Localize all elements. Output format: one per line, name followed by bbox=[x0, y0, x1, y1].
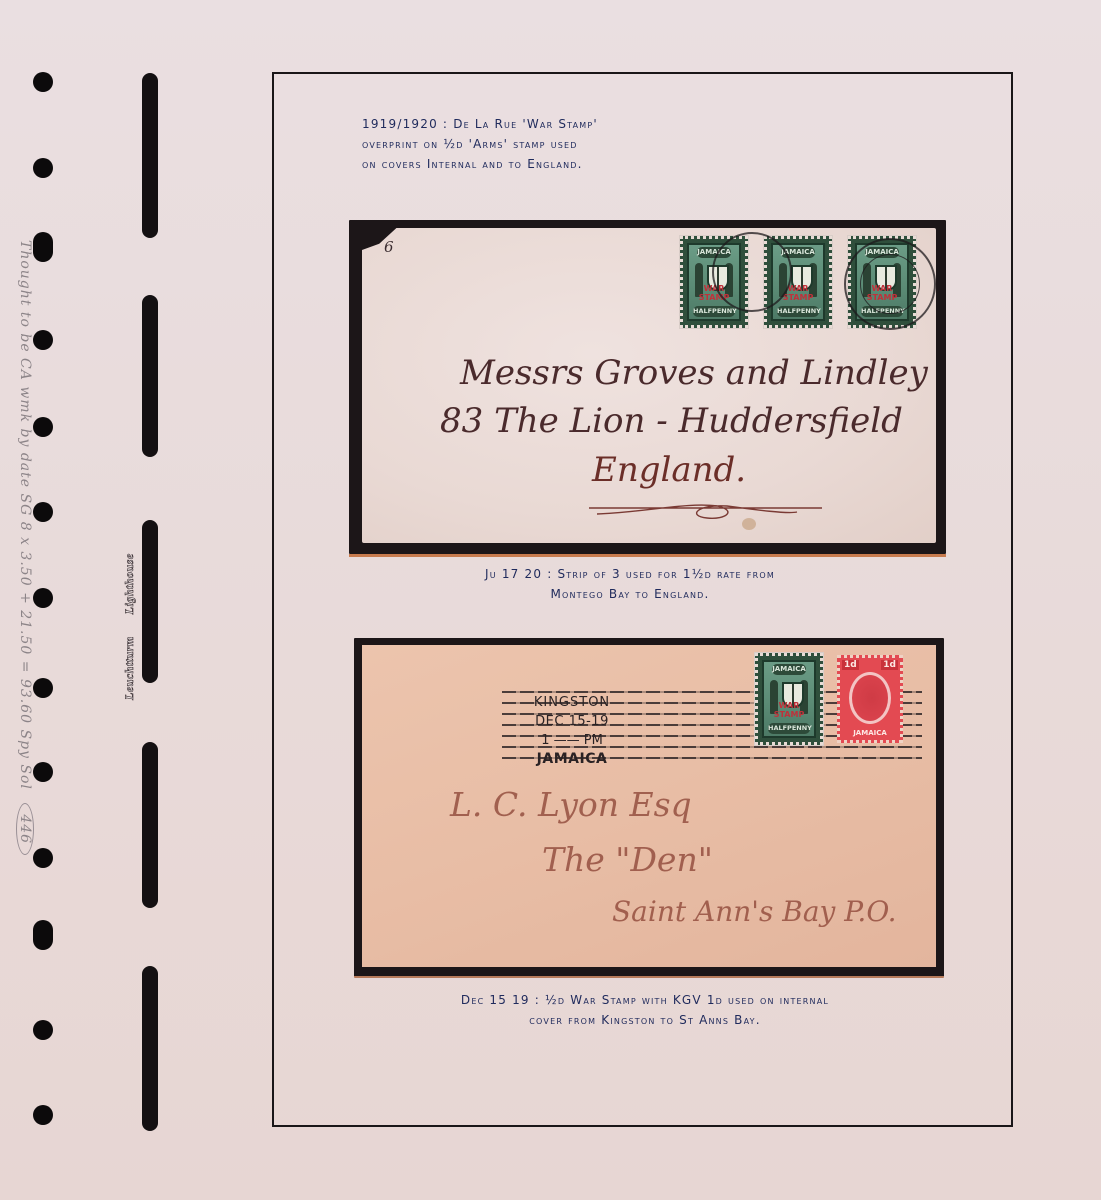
punch-hole bbox=[33, 158, 53, 178]
stamp-war-halfpenny[interactable]: JAMAICA WAR STAMP HALFPENNY bbox=[755, 653, 823, 745]
binder-slot bbox=[142, 742, 158, 908]
binder-slot bbox=[142, 520, 158, 683]
pencil-margin-note: Thought to be CA wmk by date SG 8 x 3.50… bbox=[16, 240, 34, 855]
king-portrait-icon bbox=[849, 672, 891, 724]
page-title-note: 1919/1920 : De La Rue 'War Stamp' overpr… bbox=[362, 114, 662, 174]
caption-line: Dec 15 19 : ½d War Stamp with KGV 1d use… bbox=[420, 990, 870, 1010]
caption-line: Montego Bay to England. bbox=[420, 584, 840, 604]
caption-line: Ju 17 20 : Strip of 3 used for 1½d rate … bbox=[420, 564, 840, 584]
punch-hole bbox=[33, 232, 53, 262]
postmark-circle-icon bbox=[712, 232, 792, 312]
punch-hole bbox=[33, 920, 53, 950]
punch-hole bbox=[33, 588, 53, 608]
brand-logo: LeuchtturmLighthouse bbox=[122, 531, 137, 700]
pencil-circled-number: 446 bbox=[16, 803, 34, 855]
binder-slot bbox=[142, 966, 158, 1131]
cover-1[interactable]: 6 JAMAICA WAR STAMP HALFPENNY JAMAICA WA… bbox=[362, 228, 936, 543]
binder-slot bbox=[142, 295, 158, 457]
postmark-circle-icon bbox=[860, 254, 920, 314]
punch-hole bbox=[33, 502, 53, 522]
punch-hole bbox=[33, 1105, 53, 1125]
binder-slot bbox=[142, 73, 158, 238]
title-line: on covers Internal and to England. bbox=[362, 154, 662, 174]
address-line: 83 The Lion - Huddersfield bbox=[440, 401, 903, 441]
cover-1-caption: Ju 17 20 : Strip of 3 used for 1½d rate … bbox=[420, 564, 840, 604]
brand-lighthouse: Lighthouse bbox=[122, 553, 136, 614]
address-line: L. C. Lyon Esq bbox=[450, 785, 692, 824]
stain bbox=[742, 518, 756, 530]
title-line: 1919/1920 : De La Rue 'War Stamp' bbox=[362, 114, 662, 134]
cover-2[interactable]: KINGSTON DEC 15-19 1 —— PM JAMAICA JAMAI… bbox=[362, 645, 936, 967]
punch-hole bbox=[33, 417, 53, 437]
punch-hole bbox=[33, 848, 53, 868]
caption-line: cover from Kingston to St Anns Bay. bbox=[420, 1010, 870, 1030]
address-line: Saint Ann's Bay P.O. bbox=[612, 895, 897, 928]
flourish-icon bbox=[587, 498, 827, 522]
brand-leuchtturm: Leuchtturm bbox=[122, 636, 136, 700]
kingston-postmark: KINGSTON DEC 15-19 1 —— PM JAMAICA bbox=[512, 693, 632, 769]
title-line: overprint on ½d 'Arms' stamp used bbox=[362, 134, 662, 154]
punch-hole bbox=[33, 72, 53, 92]
pencil-note-text: Thought to be CA wmk by date SG 8 x 3.50… bbox=[17, 240, 33, 790]
cover-number: 6 bbox=[384, 238, 394, 256]
stamp-kgv-one-penny[interactable]: 1d 1d JAMAICA bbox=[837, 655, 903, 743]
cover-2-caption: Dec 15 19 : ½d War Stamp with KGV 1d use… bbox=[420, 990, 870, 1030]
punch-hole bbox=[33, 678, 53, 698]
punch-hole bbox=[33, 1020, 53, 1040]
punch-hole bbox=[33, 762, 53, 782]
address-line: The "Den" bbox=[542, 840, 713, 879]
address-line: England. bbox=[592, 450, 746, 490]
punch-hole bbox=[33, 330, 53, 350]
address-line: Messrs Groves and Lindley bbox=[460, 353, 928, 393]
